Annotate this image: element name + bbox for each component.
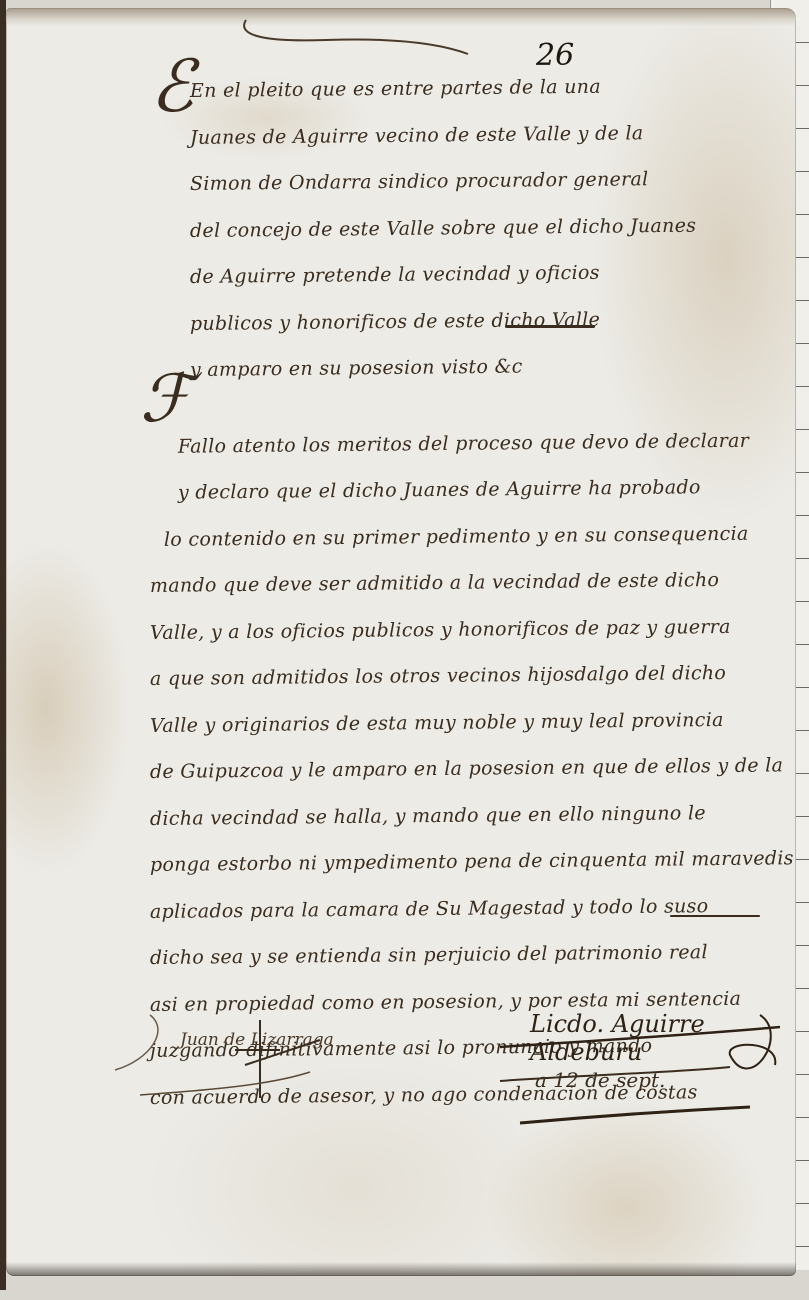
heading-line: En el pleito que es entre partes de la u…	[190, 62, 790, 115]
manuscript-text: En el pleito que es entre partes de la u…	[150, 68, 790, 1121]
body-line: y declaro que el dicho Juanes de Aguirre…	[150, 463, 790, 516]
heading-paragraph: En el pleito que es entre partes de la u…	[150, 68, 790, 394]
heading-end-rule	[505, 325, 595, 328]
ink-flourish-icon	[236, 16, 476, 56]
judge-rubric-icon	[490, 995, 790, 1135]
body-line: Valle, y a los oficios publicos y honori…	[150, 603, 790, 656]
heading-line: de Aguirre pretende la vecindad y oficio…	[190, 248, 790, 301]
signature-date-note: a 12 de sept.	[535, 1068, 665, 1092]
body-line: aplicados para la camara de Su Magestad …	[150, 882, 790, 935]
heading-line: y amparo en su posesion visto &c	[190, 341, 790, 394]
notary-rubric-icon	[110, 1010, 340, 1100]
heading-line: Juanes de Aguirre vecino de este Valle y…	[190, 108, 790, 161]
closing-rule	[670, 915, 760, 917]
body-line: mando que deve ser admitido a la vecinda…	[150, 556, 790, 609]
heading-line: Simon de Ondarra sindico procurador gene…	[190, 155, 790, 208]
body-line: a que son admitidos los otros vecinos hi…	[150, 649, 790, 702]
body-line: de Guipuzcoa y le amparo en la posesion …	[150, 742, 790, 795]
body-line: Fallo atento los meritos del proceso que…	[150, 417, 790, 470]
body-line: lo contenido en su primer pedimento y en…	[150, 510, 790, 563]
body-line: Valle y originarios de esta muy noble y …	[150, 696, 790, 749]
body-line: ponga estorbo ni ympedimento pena de cin…	[150, 835, 790, 888]
heading-line: del concejo de este Valle sobre que el d…	[190, 201, 790, 254]
body-line: dicha vecindad se halla, y mando que en …	[150, 789, 790, 842]
heading-line: publicos y honorificos de este dicho Val…	[190, 294, 790, 347]
bottom-edge-shadow	[6, 1262, 796, 1276]
body-line: dicho sea y se entienda sin perjuicio de…	[150, 928, 790, 981]
